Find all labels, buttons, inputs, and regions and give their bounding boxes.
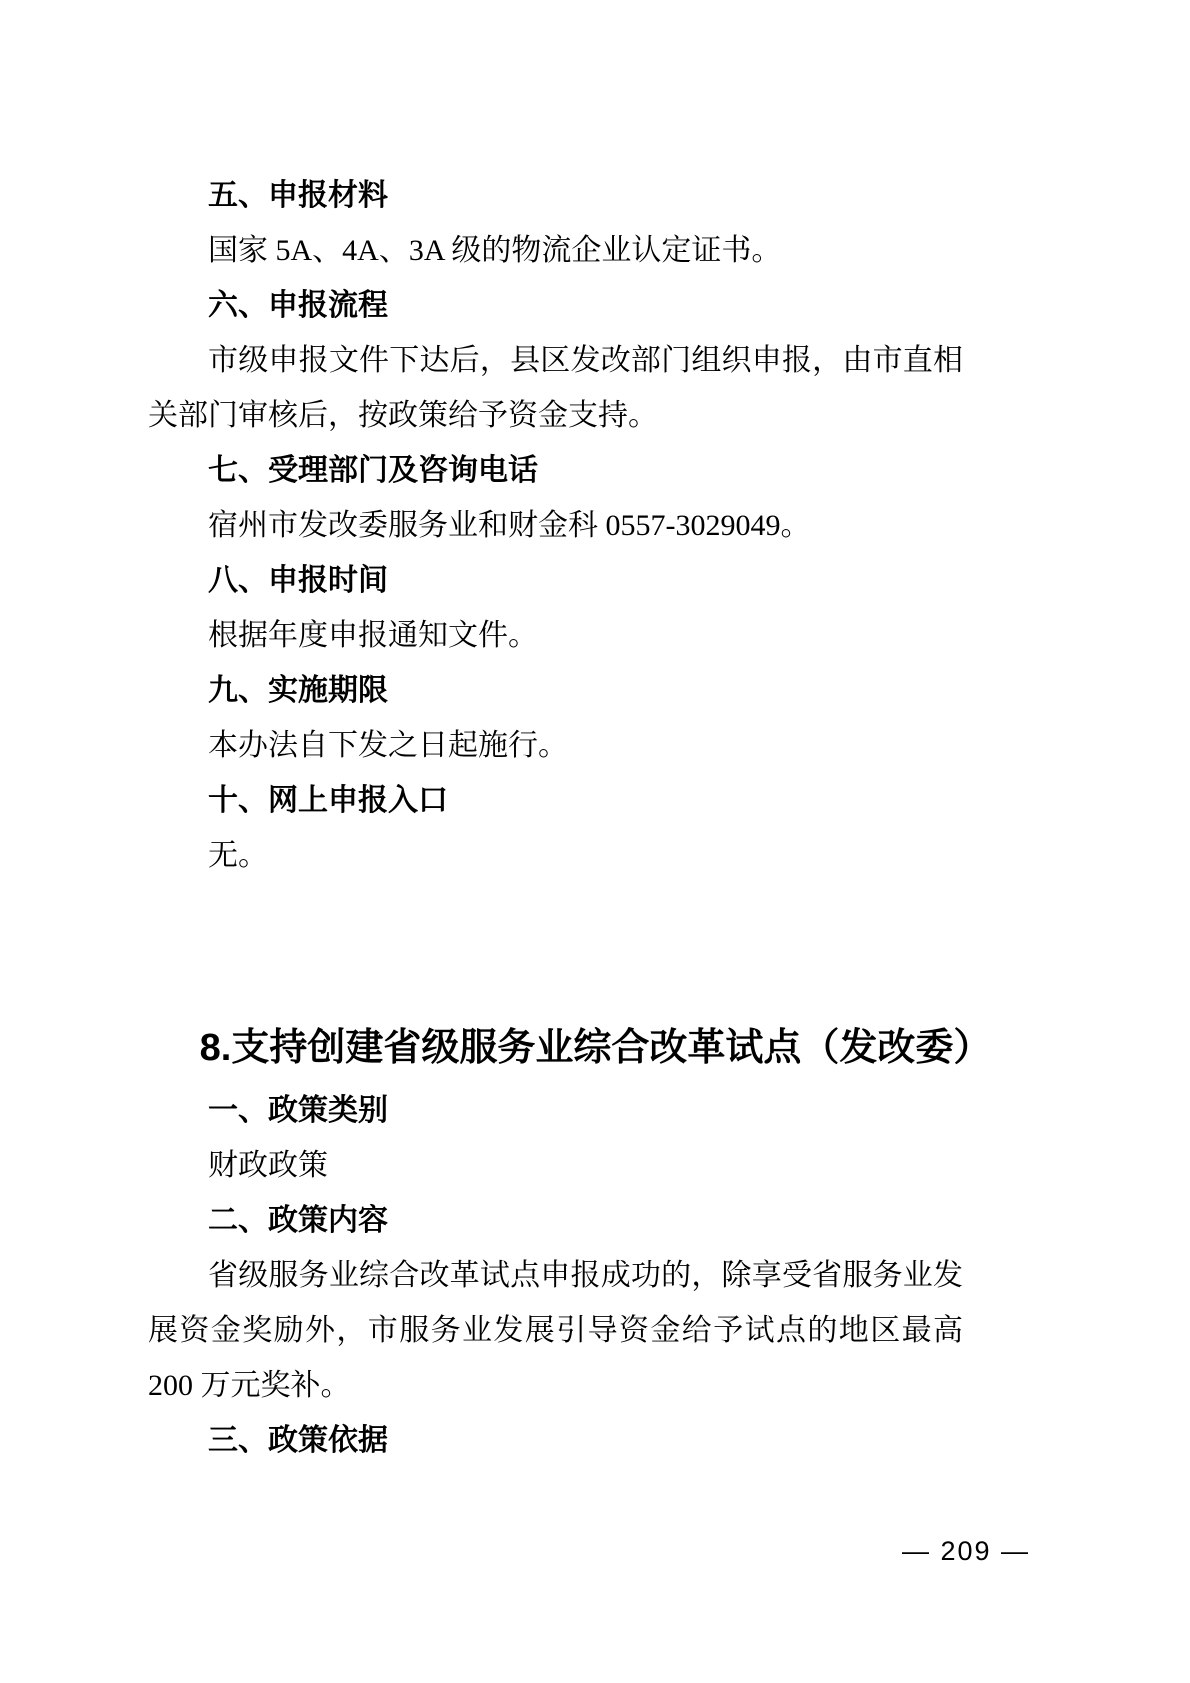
body-paragraph: 省级服务业综合改革试点申报成功的，除享受省服务业发展资金奖励外，市服务业发展引导… <box>148 1248 963 1413</box>
section-heading: 十、网上申报入口 <box>148 773 963 828</box>
body-paragraph: 国家 5A、4A、3A 级的物流企业认定证书。 <box>148 223 963 278</box>
page-number: — 209 — <box>902 1536 1030 1567</box>
body-paragraph: 无。 <box>148 828 963 883</box>
section-heading: 一、政策类别 <box>148 1083 963 1138</box>
body-paragraph: 根据年度申报通知文件。 <box>148 608 963 663</box>
body-paragraph: 宿州市发改委服务业和财金科 0557-3029049。 <box>148 498 963 553</box>
section-heading: 七、受理部门及咨询电话 <box>148 443 963 498</box>
section-heading: 二、政策内容 <box>148 1193 963 1248</box>
section-heading: 八、申报时间 <box>148 553 963 608</box>
section-heading: 九、实施期限 <box>148 663 963 718</box>
section-heading: 五、申报材料 <box>148 168 963 223</box>
section-heading: 三、政策依据 <box>148 1413 963 1468</box>
body-paragraph: 财政政策 <box>148 1138 963 1193</box>
section-heading: 六、申报流程 <box>148 278 963 333</box>
document-page: 五、申报材料国家 5A、4A、3A 级的物流企业认定证书。六、申报流程市级申报文… <box>0 0 1190 1683</box>
chapter-title: 8.支持创建省级服务业综合改革试点（发改委） <box>188 1013 1003 1083</box>
body-paragraph: 本办法自下发之日起施行。 <box>148 718 963 773</box>
body-paragraph: 市级申报文件下达后，县区发改部门组织申报，由市直相关部门审核后，按政策给予资金支… <box>148 333 963 443</box>
document-content: 五、申报材料国家 5A、4A、3A 级的物流企业认定证书。六、申报流程市级申报文… <box>148 168 963 1468</box>
